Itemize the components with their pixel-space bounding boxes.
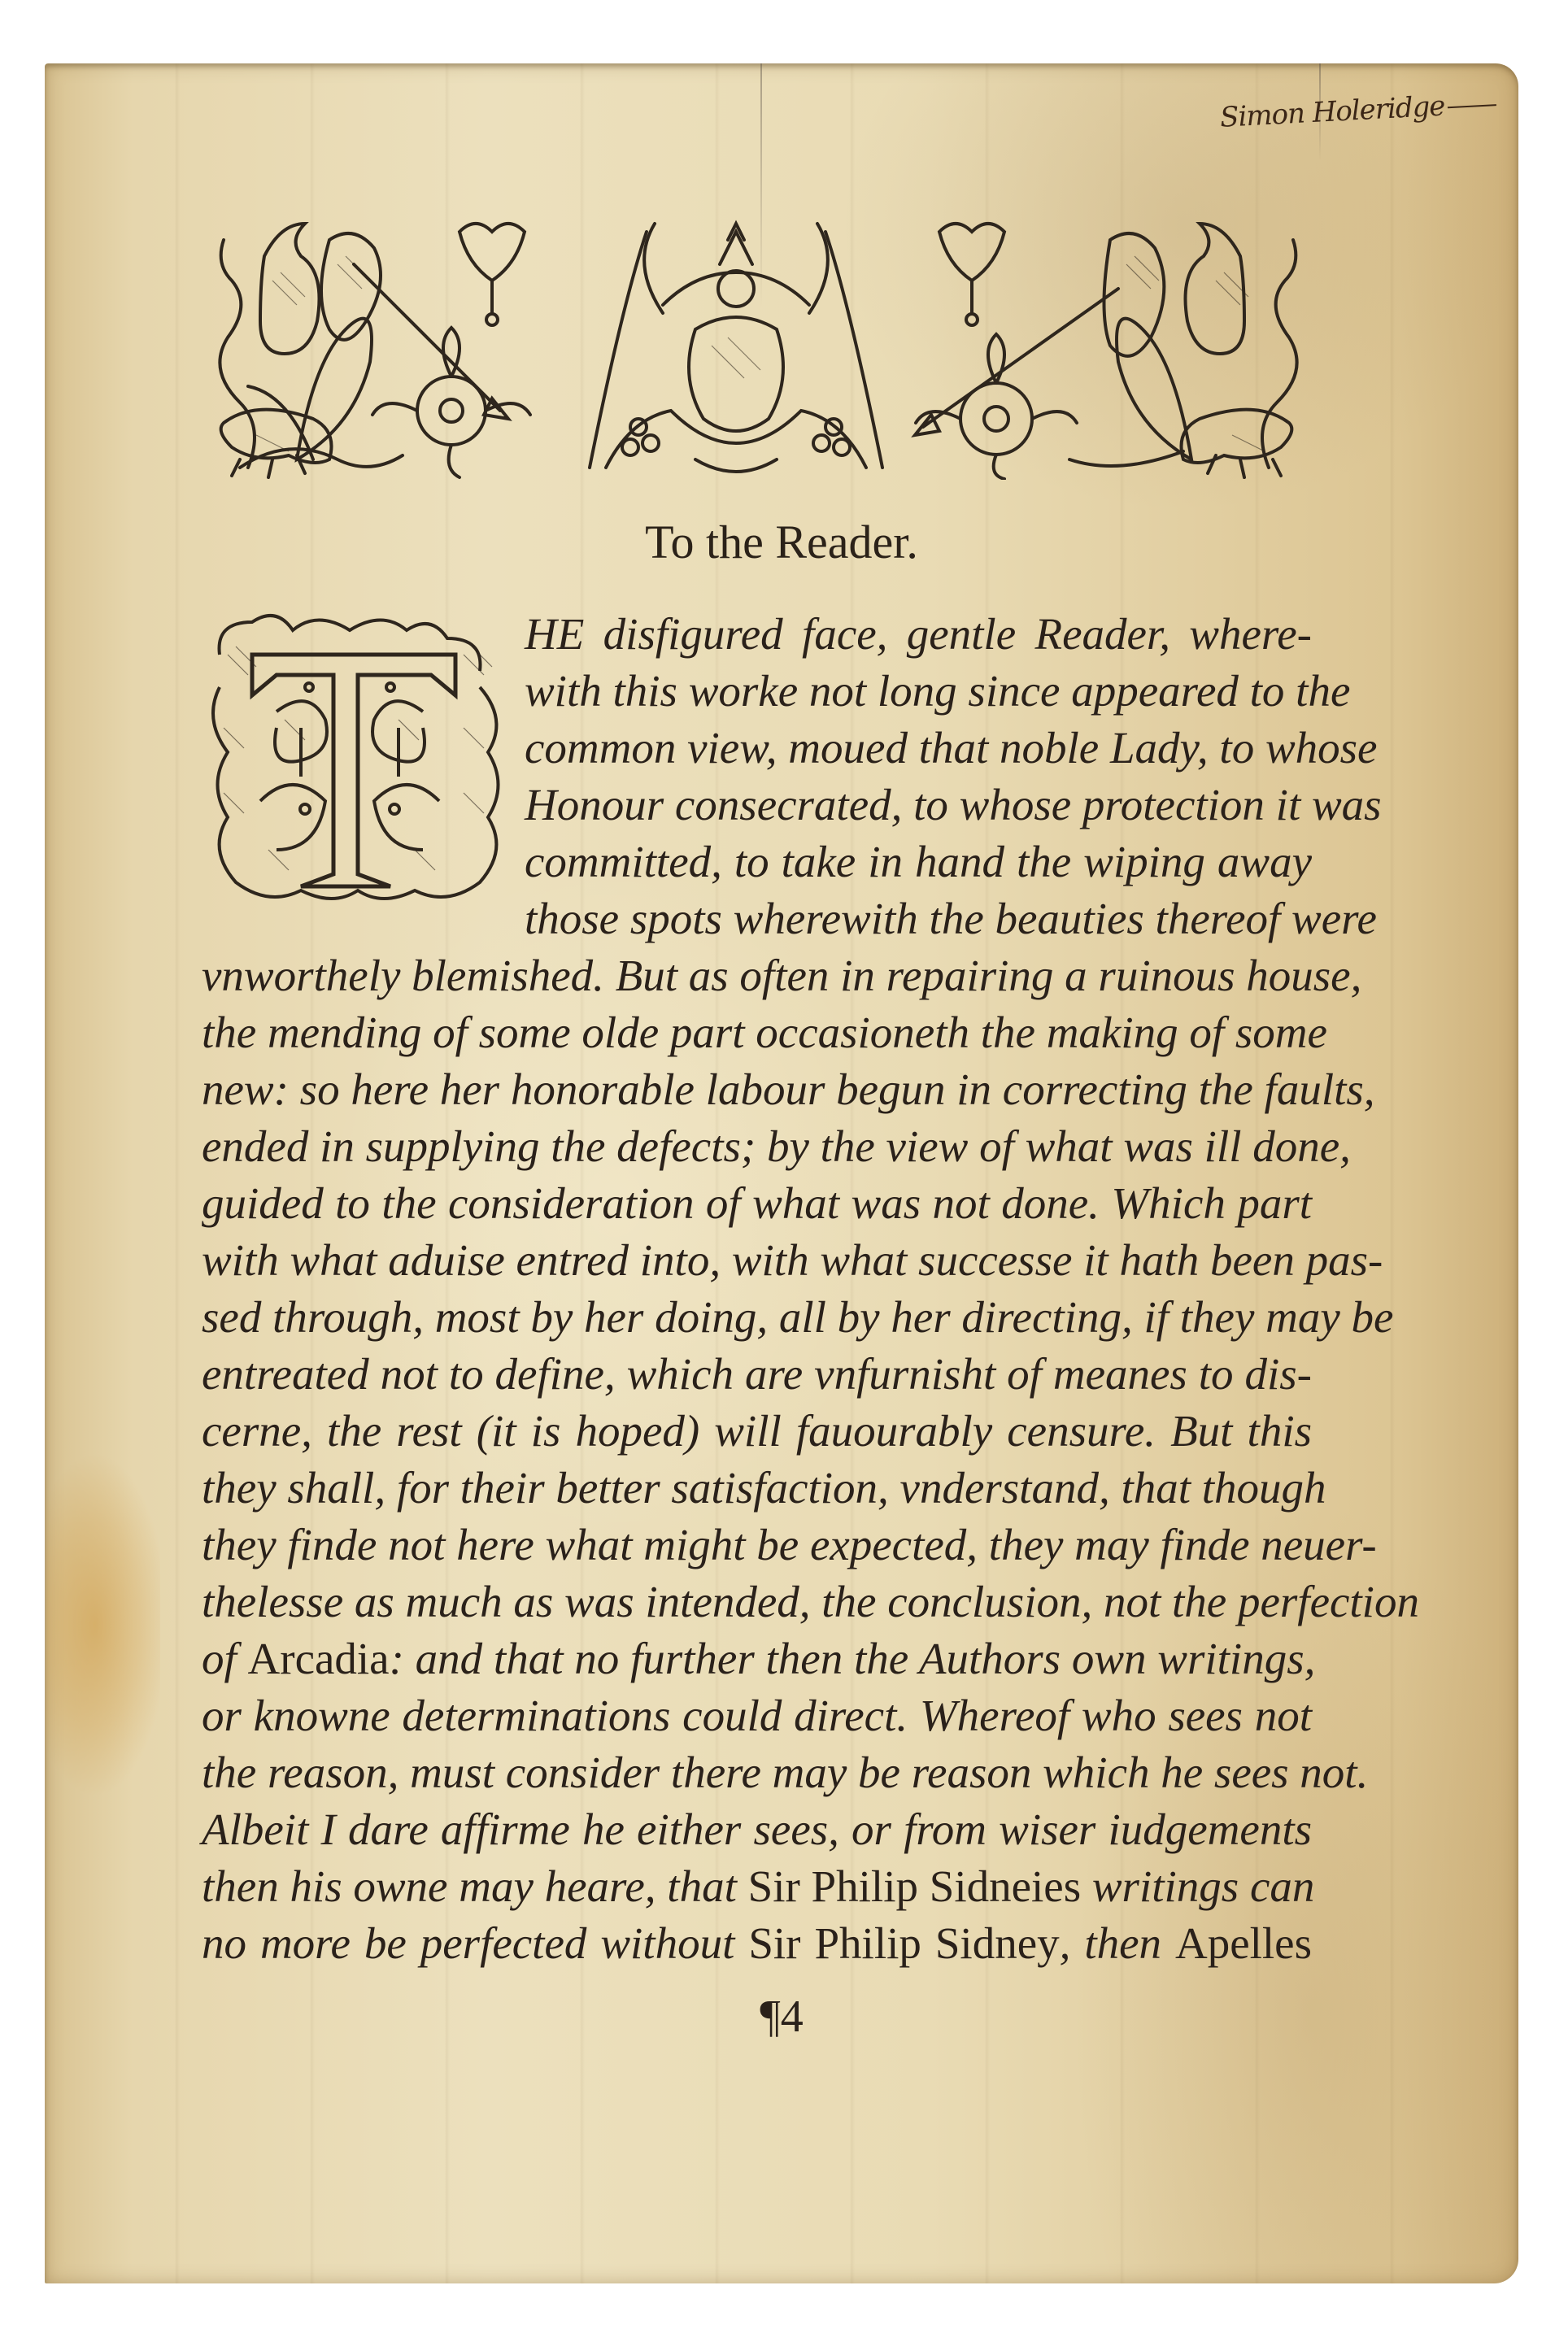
- text-segment: no more be perfected without: [202, 1918, 748, 1968]
- text-line: no more be perfected without Sir Philip …: [202, 1915, 1312, 1972]
- author-name: Sir Philip Sidney: [748, 1918, 1059, 1968]
- book-page: Simon Holeridge: [45, 63, 1518, 2283]
- signature-mark: ¶4: [45, 1991, 1518, 2043]
- text-segment: then his owne may heare, that: [202, 1861, 748, 1911]
- text-line: the mending of some olde part occasionet…: [202, 1004, 1312, 1061]
- painter-name: Apelles: [1175, 1918, 1312, 1968]
- text-line: then his owne may heare, that Sir Philip…: [202, 1858, 1312, 1915]
- text-line: vnworthely blemished. But as often in re…: [202, 947, 1312, 1004]
- text-line: Honour consecrated, to whose protection …: [525, 777, 1312, 834]
- text-line: with this worke not long since appeared …: [525, 663, 1312, 720]
- water-stain: [46, 1454, 160, 1796]
- text-segment: : and that no further then the Authors o…: [390, 1634, 1316, 1683]
- text-line: of Arcadia: and that no further then the…: [202, 1630, 1312, 1687]
- text-line: common view, moued that noble Lady, to w…: [525, 720, 1312, 777]
- text-line: they shall, for their better satisfactio…: [202, 1460, 1312, 1517]
- text-line: sed through, most by her doing, all by h…: [202, 1289, 1312, 1346]
- text-line: new: so here her honorable labour begun …: [202, 1061, 1312, 1118]
- text-line: cerne, the rest (it is hoped) will fauou…: [202, 1403, 1312, 1460]
- text-line: the reason, must consider there may be r…: [202, 1744, 1312, 1801]
- ornament-icon: [207, 215, 1309, 480]
- text-line: ended in supplying the defects; by the v…: [202, 1118, 1312, 1175]
- text-line: those spots wherewith the beauties there…: [525, 890, 1312, 947]
- initial-letter-t-icon: [203, 606, 503, 913]
- text-line: thelesse as much as was intended, the co…: [202, 1574, 1312, 1630]
- text-line: committed, to take in hand the wiping aw…: [525, 834, 1312, 890]
- text-line: Albeit I dare affirme he either sees, or…: [202, 1801, 1312, 1858]
- text-segment: of: [202, 1634, 248, 1683]
- manuscript-inscription: Simon Holeridge: [1219, 87, 1497, 134]
- text-line: HE disfigured face, gentle Reader, where…: [525, 606, 1312, 663]
- text-line: or knowne determinations could direct. W…: [202, 1687, 1312, 1744]
- text-line: entreated not to define, which are vnfur…: [202, 1346, 1312, 1403]
- text-line: they finde not here what might be expect…: [202, 1517, 1312, 1574]
- author-name: Sir Philip Sidneies: [748, 1861, 1082, 1911]
- decorated-initial: [203, 606, 503, 913]
- woodcut-headpiece: [207, 215, 1309, 480]
- page-title: To the Reader.: [45, 515, 1518, 569]
- text-line: guided to the consideration of what was …: [202, 1175, 1312, 1232]
- text-segment: writings can: [1081, 1861, 1314, 1911]
- text-line: with what aduise entred into, with what …: [202, 1232, 1312, 1289]
- text-segment: , then: [1060, 1918, 1175, 1968]
- work-title-arcadia: Arcadia: [248, 1634, 390, 1683]
